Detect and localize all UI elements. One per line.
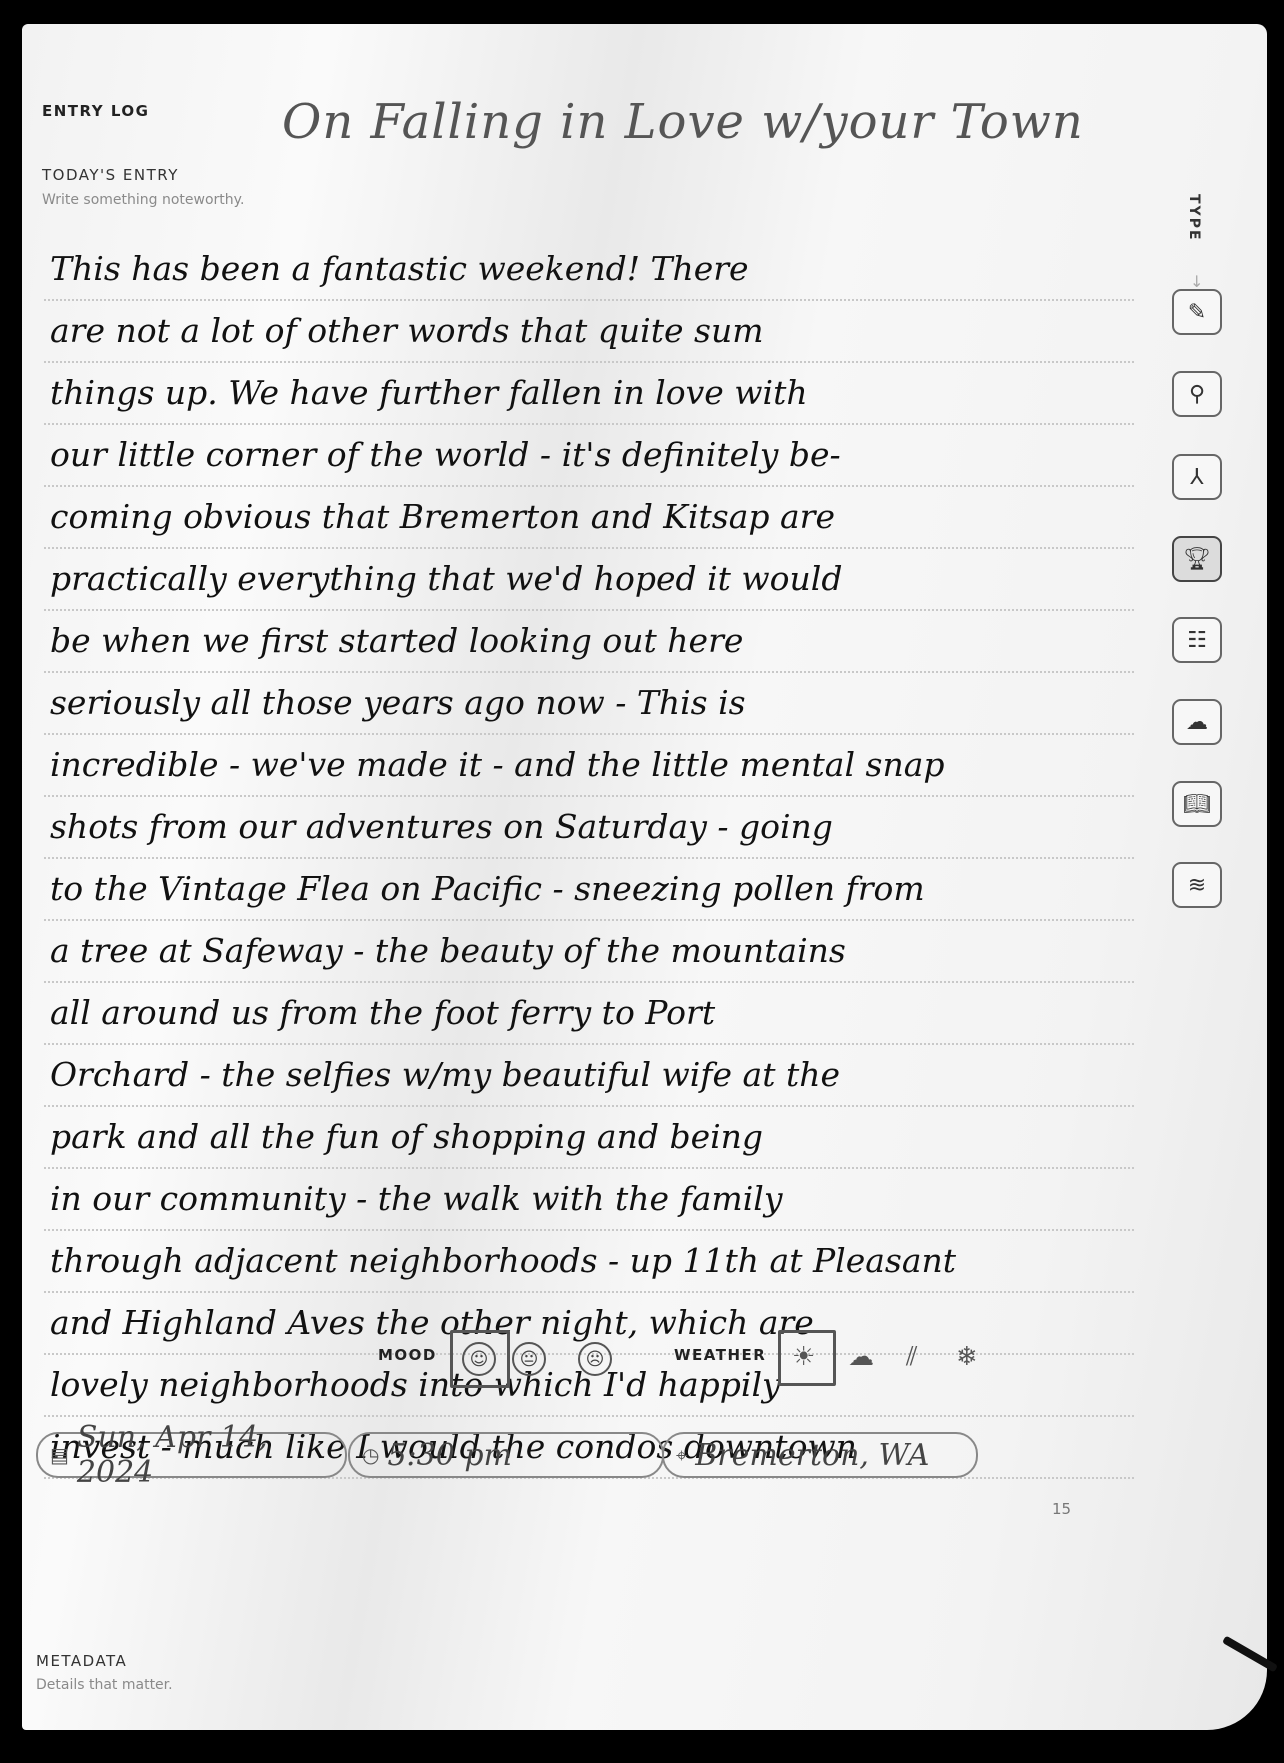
praying-hands-icon: ⅄ bbox=[1190, 465, 1203, 490]
entry-line: This has been a fantastic weekend! There bbox=[44, 239, 1134, 301]
entry-line: to the Vintage Flea on Pacific - sneezin… bbox=[44, 859, 1134, 921]
pencil-icon: ✎ bbox=[1188, 300, 1206, 325]
open-book-icon: 📖︎ bbox=[1183, 792, 1211, 817]
entry-line: seriously all those years ago now - This… bbox=[44, 673, 1134, 735]
rain-icon[interactable]: ⫽ bbox=[906, 1342, 918, 1373]
entry-line: a tree at Safeway - the beauty of the mo… bbox=[44, 921, 1134, 983]
location-field[interactable]: ⌖ Bremerton, WA bbox=[662, 1432, 978, 1478]
sad-face-icon: ☹ bbox=[586, 1349, 605, 1370]
mood-option-sad-face[interactable]: ☹ bbox=[578, 1342, 612, 1376]
entry-title[interactable]: On Falling in Love w/your Town bbox=[282, 94, 1084, 150]
entry-line: park and all the fun of shopping and bei… bbox=[44, 1107, 1134, 1169]
snowflake-icon[interactable]: ❄ bbox=[956, 1342, 978, 1372]
date-value: Sun, Apr 14, 2024 bbox=[77, 1420, 345, 1490]
time-field[interactable]: ◷ 5:30 pm bbox=[348, 1432, 664, 1478]
entry-log-label: ENTRY LOG bbox=[42, 102, 149, 120]
todays-entry-label: TODAY'S ENTRY bbox=[42, 166, 179, 184]
thought-cloud-icon: ☁ bbox=[1186, 710, 1208, 735]
metadata-sub: Details that matter. bbox=[36, 1677, 173, 1693]
weather-label: WEATHER bbox=[674, 1346, 766, 1364]
calendar-icon: ▤ bbox=[50, 1443, 69, 1467]
type-option-magnifier[interactable]: ⚲ bbox=[1172, 371, 1222, 417]
cloud-icon[interactable]: ☁ bbox=[848, 1342, 874, 1372]
location-pin-icon: ⌖ bbox=[676, 1443, 687, 1467]
clipboard-icon: ☷ bbox=[1187, 628, 1207, 653]
location-value: Bremerton, WA bbox=[695, 1438, 929, 1473]
type-option-praying-hands[interactable]: ⅄ bbox=[1172, 454, 1222, 500]
todays-entry-prompt: Write something noteworthy. bbox=[42, 192, 244, 208]
selected-mark bbox=[778, 1330, 836, 1386]
entry-line: practically everything that we'd hoped i… bbox=[44, 549, 1134, 611]
type-option-clipboard[interactable]: ☷ bbox=[1172, 617, 1222, 663]
entry-line: coming obvious that Bremerton and Kitsap… bbox=[44, 487, 1134, 549]
metadata-label: METADATA bbox=[36, 1652, 127, 1670]
entry-line: be when we first started looking out her… bbox=[44, 611, 1134, 673]
entry-line: in our community - the walk with the fam… bbox=[44, 1169, 1134, 1231]
date-field[interactable]: ▤ Sun, Apr 14, 2024 bbox=[36, 1432, 347, 1478]
selected-mark bbox=[450, 1330, 510, 1388]
magnifier-icon: ⚲ bbox=[1189, 382, 1205, 407]
page-number: 15 bbox=[1052, 1500, 1071, 1518]
mood-option-neutral-face[interactable]: 😐︎ bbox=[512, 1342, 546, 1376]
entry-line: are not a lot of other words that quite … bbox=[44, 301, 1134, 363]
mood-label: MOOD bbox=[378, 1346, 437, 1364]
type-label: TYPE bbox=[1186, 194, 1202, 242]
type-option-open-book[interactable]: 📖︎ bbox=[1172, 781, 1222, 827]
entry-line: incredible - we've made it - and the lit… bbox=[44, 735, 1134, 797]
trophy-icon: 🏆︎ bbox=[1183, 547, 1211, 572]
type-option-trophy[interactable]: 🏆︎ bbox=[1172, 536, 1222, 582]
entry-line: all around us from the foot ferry to Por… bbox=[44, 983, 1134, 1045]
entry-line: Orchard - the selfies w/my beautiful wif… bbox=[44, 1045, 1134, 1107]
entry-line: things up. We have further fallen in lov… bbox=[44, 363, 1134, 425]
waves-icon: ≋ bbox=[1188, 873, 1206, 898]
time-value: 5:30 pm bbox=[387, 1438, 512, 1473]
entry-line: through adjacent neighborhoods - up 11th… bbox=[44, 1231, 1134, 1293]
clock-icon: ◷ bbox=[362, 1443, 379, 1467]
type-option-waves[interactable]: ≋ bbox=[1172, 862, 1222, 908]
type-option-thought-cloud[interactable]: ☁ bbox=[1172, 699, 1222, 745]
type-option-pencil[interactable]: ✎ bbox=[1172, 289, 1222, 335]
entry-line: our little corner of the world - it's de… bbox=[44, 425, 1134, 487]
journal-page: ENTRY LOG On Falling in Love w/your Town… bbox=[22, 24, 1267, 1730]
neutral-face-icon: 😐︎ bbox=[520, 1349, 539, 1370]
entry-line: shots from our adventures on Saturday - … bbox=[44, 797, 1134, 859]
